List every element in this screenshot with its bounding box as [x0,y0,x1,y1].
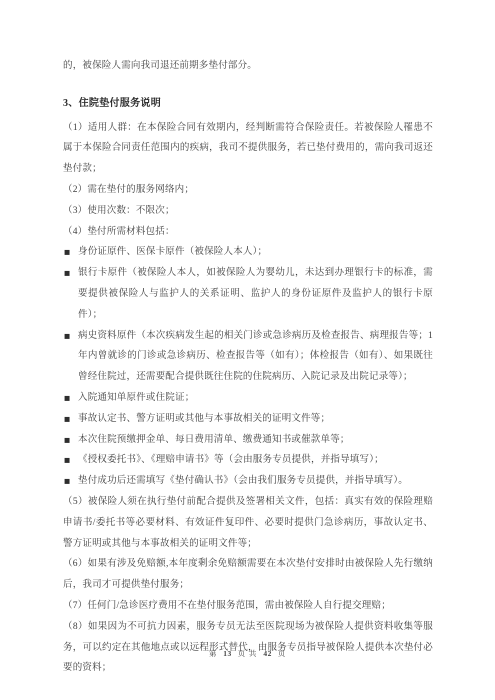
list-item-text: 身份证原件、医保卡原件（被保险人本人）； [78,242,433,263]
list-item-text: 垫付成功后还需填写《垫付确认书》（会由我们服务专员提供，并指导填写）。 [78,471,433,492]
clause-2: （2）需在垫付的服务网络内； [63,180,433,201]
clause-3: （3）使用次数：不限次； [63,201,433,222]
square-bullet-icon: ■ [64,450,78,471]
current-page-number: 13 [221,649,234,658]
list-item-text: 本次住院预缴押金单、每日费用清单、缴费通知书或催款单等； [78,430,433,451]
list-item-text: 入院通知单原件或住院证； [78,388,433,409]
list-item-text: 银行卡原件（被保险人本人，如被保险人为婴幼儿，未达到办理银行卡的标准，需要提供被… [78,263,433,325]
square-bullet-icon: ■ [64,409,78,430]
square-bullet-icon: ■ [64,242,78,263]
document-page: 的，被保险人需向我司退还前期多垫付部分。 3、住院垫付服务说明 （1）适用人群：… [0,0,495,700]
footer-label-middle: 页 共 [237,649,259,658]
square-bullet-icon: ■ [64,388,78,409]
total-page-number: 42 [261,649,274,658]
list-item: ■ 《授权委托书》、《理赔申请书》等（会由服务专员提供，并指导填写）； [63,450,433,471]
section-heading: 3、住院垫付服务说明 [63,94,433,115]
clause-1: （1）适用人群：在本保险合同有效期内，经判断需符合保险责任。若被保险人罹患不属于… [63,118,433,180]
clause-7: （7）任何门/急诊医疗费用不在垫付服务范围，需由被保险人自行提交理赔； [63,596,433,617]
list-item: ■ 身份证原件、医保卡原件（被保险人本人）； [63,242,433,263]
clause-5: （5）被保险人须在执行垫付前配合提供及签署相关文件，包括：真实有效的保险理赔申请… [63,492,433,554]
list-item: ■ 银行卡原件（被保险人本人，如被保险人为婴幼儿，未达到办理银行卡的标准，需要提… [63,263,433,325]
square-bullet-icon: ■ [64,326,78,347]
list-item: ■ 垫付成功后还需填写《垫付确认书》（会由我们服务专员提供，并指导填写）。 [63,471,433,492]
list-item-text: 事故认定书、警方证明或其他与本事故相关的证明文件等； [78,409,433,430]
list-item-text: 《授权委托书》、《理赔申请书》等（会由服务专员提供，并指导填写）； [78,450,433,471]
clause-4: （4）垫付所需材料包括： [63,222,433,243]
document-content: 的，被保险人需向我司退还前期多垫付部分。 3、住院垫付服务说明 （1）适用人群：… [63,56,433,679]
required-materials-list: ■ 身份证原件、医保卡原件（被保险人本人）； ■ 银行卡原件（被保险人本人，如被… [63,242,433,492]
square-bullet-icon: ■ [64,471,78,492]
list-item: ■ 入院通知单原件或住院证； [63,388,433,409]
list-item: ■ 病史资料原件（本次疾病发生起的相关门诊或急诊病历及检查报告、病理报告等；1年… [63,326,433,388]
footer-label-prefix: 第 [208,649,219,658]
page-footer: 第 13 页 共 42 页 [0,648,495,660]
square-bullet-icon: ■ [64,430,78,451]
list-item-text: 病史资料原件（本次疾病发生起的相关门诊或急诊病历及检查报告、病理报告等；1年内曾… [78,326,433,388]
clause-6: （6）如果有涉及免赔额,本年度剩余免赔额需要在本次垫付安排时由被保险人先行缴纳后… [63,554,433,596]
footer-label-suffix: 页 [277,649,288,658]
list-item: ■ 事故认定书、警方证明或其他与本事故相关的证明文件等； [63,409,433,430]
list-item: ■ 本次住院预缴押金单、每日费用清单、缴费通知书或催款单等； [63,430,433,451]
carryover-paragraph: 的，被保险人需向我司退还前期多垫付部分。 [63,56,433,77]
square-bullet-icon: ■ [64,263,78,284]
